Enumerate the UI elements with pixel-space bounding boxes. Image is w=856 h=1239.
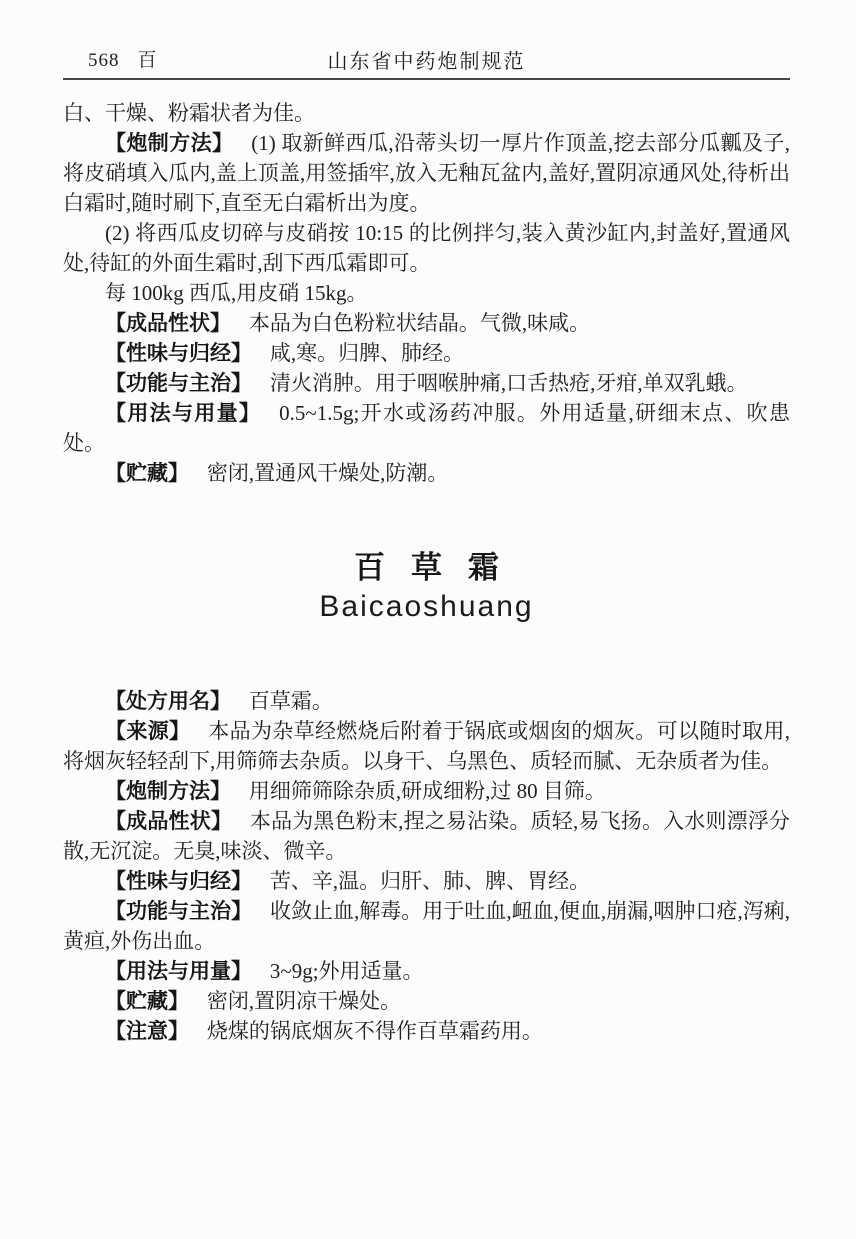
- entry-yongfayuyongliang: 【用法与用量】0.5~1.5g;开水或汤药冲服。外用适量,研细末点、吹患处。: [63, 398, 790, 458]
- entry-label: 【成品性状】: [105, 809, 232, 833]
- entry-zhucang: 【贮藏】密闭,置通风干燥处,防潮。: [63, 458, 790, 488]
- entry-label: 【成品性状】: [105, 311, 231, 335]
- entry-text: 3~9g;外用适量。: [270, 959, 424, 983]
- entry-label: 【贮藏】: [105, 461, 189, 485]
- section-index-char: 百: [138, 50, 158, 71]
- entry-label: 【性味与归经】: [105, 869, 252, 893]
- entry-yongfayuyongliang: 【用法与用量】3~9g;外用适量。: [63, 956, 790, 986]
- entry-label: 【炮制方法】: [105, 131, 233, 155]
- entry-label: 【功能与主治】: [105, 899, 252, 923]
- entry-xingweiyuguijing: 【性味与归经】咸,寒。归脾、肺经。: [63, 338, 790, 368]
- entry-paozhifangfa: 【炮制方法】(1) 取新鲜西瓜,沿蒂头切一厚片作顶盖,挖去部分瓜瓤及子,将皮硝填…: [63, 128, 790, 218]
- entry-label: 【用法与用量】: [105, 959, 252, 983]
- entry-xingweiyuguijing: 【性味与归经】苦、辛,温。归肝、肺、脾、胃经。: [63, 866, 790, 896]
- entry-chengpinxingzhuang: 【成品性状】本品为黑色粉末,捏之易沾染。质轻,易飞扬。入水则漂浮分散,无沉淀。无…: [63, 806, 790, 866]
- entry-text: 每 100kg 西瓜,用皮硝 15kg。: [105, 281, 368, 305]
- monograph-title: 百草霜: [63, 550, 790, 586]
- entry-paozhifangfa: 【炮制方法】用细筛筛除杂质,研成细粉,过 80 目筛。: [63, 776, 790, 806]
- entry-label: 【性味与归经】: [105, 341, 252, 365]
- entry-text: 白、干燥、粉霜状者为佳。: [63, 101, 315, 125]
- entry-zhuyi: 【注意】烧煤的锅底烟灰不得作百草霜药用。: [63, 1016, 790, 1046]
- entry-text: 苦、辛,温。归肝、肺、脾、胃经。: [270, 869, 590, 893]
- page-number: 568: [88, 50, 120, 71]
- entry-text: 烧煤的锅底烟灰不得作百草霜药用。: [207, 1019, 543, 1043]
- entry-text: 咸,寒。归脾、肺经。: [270, 341, 464, 365]
- entry-text: 密闭,置通风干燥处,防潮。: [207, 461, 449, 485]
- entry-gongnengyuzhuzhi: 【功能与主治】收敛止血,解毒。用于吐血,衄血,便血,崩漏,咽肿口疮,泻痢,黄疸,…: [63, 896, 790, 956]
- entry-label: 【处方用名】: [105, 689, 231, 713]
- entry-text: 百草霜。: [249, 689, 333, 713]
- entry-method-2: (2) 将西瓜皮切碎与皮硝按 10:15 的比例拌匀,装入黄沙缸内,封盖好,置通…: [63, 218, 790, 278]
- entry-label: 【注意】: [105, 1019, 189, 1043]
- entry-zhucang: 【贮藏】密闭,置阴凉干燥处。: [63, 986, 790, 1016]
- entry-chufangyongming: 【处方用名】百草霜。: [63, 686, 790, 716]
- folio: 568百: [88, 45, 158, 72]
- entry-text: (2) 将西瓜皮切碎与皮硝按 10:15 的比例拌匀,装入黄沙缸内,封盖好,置通…: [63, 221, 790, 275]
- monograph-pinyin: Baicaoshuang: [63, 592, 790, 622]
- monograph-baicaoshuang-body: 【处方用名】百草霜。 【来源】本品为杂草经燃烧后附着于锅底或烟囱的烟灰。可以随时…: [63, 686, 790, 1046]
- entry-chengpinxingzhuang: 【成品性状】本品为白色粉粒状结晶。气微,味咸。: [63, 308, 790, 338]
- entry-label: 【功能与主治】: [105, 371, 252, 395]
- entry-text: 本品为白色粉粒状结晶。气微,味咸。: [249, 311, 590, 335]
- entry-text: 密闭,置阴凉干燥处。: [207, 989, 401, 1013]
- entry-label: 【来源】: [105, 719, 190, 743]
- entry-gongnengyuzhuzhi: 【功能与主治】清火消肿。用于咽喉肿痛,口舌热疮,牙疳,单双乳蛾。: [63, 368, 790, 398]
- entry-text: 用细筛筛除杂质,研成细粉,过 80 目筛。: [249, 779, 606, 803]
- page-header: 568百 山东省中药炮制规范: [63, 45, 790, 80]
- continuation-line: 白、干燥、粉霜状者为佳。: [63, 98, 790, 128]
- entry-laiyuan: 【来源】本品为杂草经燃烧后附着于锅底或烟囱的烟灰。可以随时取用,将烟灰轻轻刮下,…: [63, 716, 790, 776]
- entry-label: 【用法与用量】: [105, 401, 261, 425]
- entry-ratio: 每 100kg 西瓜,用皮硝 15kg。: [63, 278, 790, 308]
- entry-text: 清火消肿。用于咽喉肿痛,口舌热疮,牙疳,单双乳蛾。: [270, 371, 748, 395]
- entry-label: 【炮制方法】: [105, 779, 231, 803]
- book-title: 山东省中药炮制规范: [328, 45, 526, 74]
- monograph-xiguashuang-tail: 白、干燥、粉霜状者为佳。 【炮制方法】(1) 取新鲜西瓜,沿蒂头切一厚片作顶盖,…: [63, 98, 790, 488]
- scanned-book-page: 568百 山东省中药炮制规范 白、干燥、粉霜状者为佳。 【炮制方法】(1) 取新…: [0, 0, 856, 1239]
- entry-label: 【贮藏】: [105, 989, 189, 1013]
